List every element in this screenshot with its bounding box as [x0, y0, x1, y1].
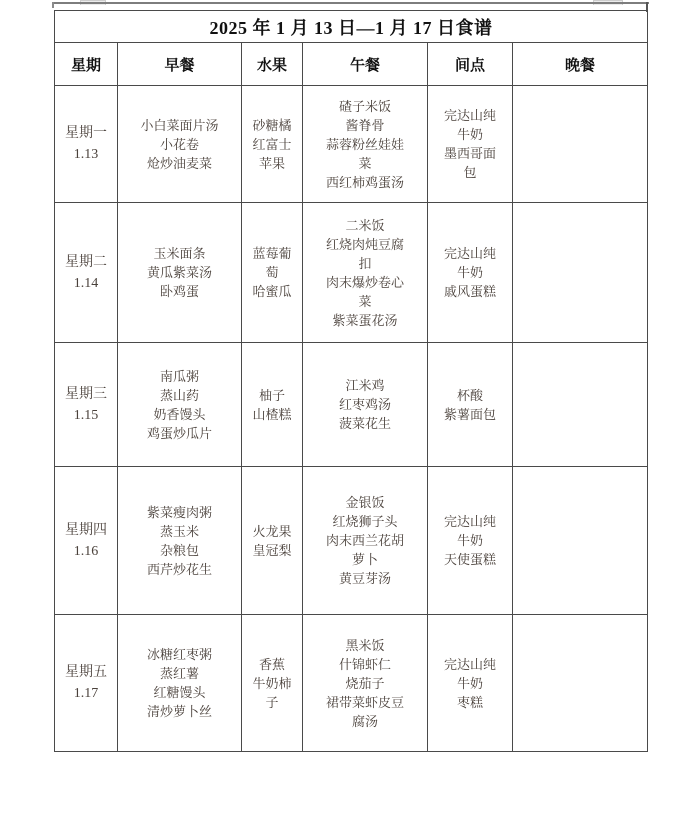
date-label: 1.13 — [55, 144, 117, 165]
breakfast-cell: 玉米面条 黄瓜紫菜汤 卧鸡蛋 — [118, 203, 242, 343]
fruit-cell: 火龙果 皇冠梨 — [242, 467, 303, 615]
col-header-breakfast: 早餐 — [118, 43, 242, 86]
dish-list: 蓝莓葡萄 哈蜜瓜 — [250, 244, 294, 301]
date-label: 1.16 — [55, 541, 117, 562]
snack-cell: 完达山纯牛奶 墨西哥面包 — [428, 86, 513, 203]
snack-cell: 杯酸 紫薯面包 — [428, 343, 513, 467]
weekday-label: 星期五 — [55, 662, 117, 683]
table-row: 星期一 1.13 小白菜面片汤 小花卷 炝炒油麦菜 砂糖橘 红富士 苹果 碴子米… — [55, 86, 648, 203]
lunch-cell: 二米饭 红烧肉炖豆腐扣 肉末爆炒卷心菜 紫菜蛋花汤 — [303, 203, 428, 343]
dinner-cell — [513, 343, 648, 467]
dish-list: 玉米面条 黄瓜紫菜汤 卧鸡蛋 — [147, 244, 212, 301]
weekday-label: 星期二 — [55, 252, 117, 273]
dish-list: 二米饭 红烧肉炖豆腐扣 肉末爆炒卷心菜 紫菜蛋花汤 — [323, 216, 407, 330]
dish-list: 金银饭 红烧狮子头 肉末西兰花胡萝卜 黄豆芽汤 — [323, 493, 407, 588]
breakfast-cell: 南瓜粥 蒸山药 奶香馒头 鸡蛋炒瓜片 — [118, 343, 242, 467]
dish-list: 碴子米饭 酱脊骨 蒜蓉粉丝娃娃菜 西红柿鸡蛋汤 — [323, 97, 407, 192]
dish-list: 南瓜粥 蒸山药 奶香馒头 鸡蛋炒瓜片 — [147, 367, 212, 443]
breakfast-cell: 冰糖红枣粥 蒸红薯 红糖馒头 清炒萝卜丝 — [118, 615, 242, 752]
dish-list: 黑米饭 什锦虾仁 烧茄子 裙带菜虾皮豆腐汤 — [323, 636, 407, 731]
col-header-lunch: 午餐 — [303, 43, 428, 86]
table-row: 星期二 1.14 玉米面条 黄瓜紫菜汤 卧鸡蛋 蓝莓葡萄 哈蜜瓜 二米饭 红烧肉… — [55, 203, 648, 343]
breakfast-cell: 紫菜瘦肉粥 蒸玉米 杂粮包 西芹炒花生 — [118, 467, 242, 615]
fruit-cell: 香蕉 牛奶柿子 — [242, 615, 303, 752]
col-header-fruit: 水果 — [242, 43, 303, 86]
table-row: 星期三 1.15 南瓜粥 蒸山药 奶香馒头 鸡蛋炒瓜片 柚子 山楂糕 江米鸡 红… — [55, 343, 648, 467]
dish-list: 火龙果 皇冠梨 — [252, 522, 291, 560]
table-title: 2025 年 1 月 13 日—1 月 17 日食谱 — [55, 11, 648, 43]
dish-list: 完达山纯牛奶 戚风蛋糕 — [442, 244, 498, 301]
dish-list: 完达山纯牛奶 枣糕 — [442, 655, 498, 712]
col-header-snack: 间点 — [428, 43, 513, 86]
date-label: 1.14 — [55, 273, 117, 294]
frame-left-corner — [52, 2, 54, 8]
dish-list: 香蕉 牛奶柿子 — [250, 655, 294, 712]
dish-list: 冰糖红枣粥 蒸红薯 红糖馒头 清炒萝卜丝 — [147, 645, 212, 721]
weekday-cell: 星期二 1.14 — [55, 203, 118, 343]
col-header-weekday: 星期 — [55, 43, 118, 86]
frame-top-edge-line — [52, 2, 649, 4]
dish-list: 紫菜瘦肉粥 蒸玉米 杂粮包 西芹炒花生 — [147, 503, 212, 579]
col-header-dinner: 晚餐 — [513, 43, 648, 86]
dinner-cell — [513, 615, 648, 752]
dish-list: 江米鸡 红枣鸡汤 菠菜花生 — [339, 376, 391, 433]
dish-list: 小白菜面片汤 小花卷 炝炒油麦菜 — [140, 116, 218, 173]
lunch-cell: 金银饭 红烧狮子头 肉末西兰花胡萝卜 黄豆芽汤 — [303, 467, 428, 615]
dinner-cell — [513, 86, 648, 203]
dish-list: 完达山纯牛奶 天使蛋糕 — [442, 512, 498, 569]
breakfast-cell: 小白菜面片汤 小花卷 炝炒油麦菜 — [118, 86, 242, 203]
weekday-cell: 星期四 1.16 — [55, 467, 118, 615]
dish-list: 杯酸 紫薯面包 — [444, 386, 496, 424]
page: 2025 年 1 月 13 日—1 月 17 日食谱 星期 早餐 水果 午餐 间… — [0, 0, 700, 826]
date-label: 1.17 — [55, 683, 117, 704]
fruit-cell: 柚子 山楂糕 — [242, 343, 303, 467]
fruit-cell: 蓝莓葡萄 哈蜜瓜 — [242, 203, 303, 343]
weekday-cell: 星期一 1.13 — [55, 86, 118, 203]
lunch-cell: 碴子米饭 酱脊骨 蒜蓉粉丝娃娃菜 西红柿鸡蛋汤 — [303, 86, 428, 203]
lunch-cell: 黑米饭 什锦虾仁 烧茄子 裙带菜虾皮豆腐汤 — [303, 615, 428, 752]
table-row: 星期五 1.17 冰糖红枣粥 蒸红薯 红糖馒头 清炒萝卜丝 香蕉 牛奶柿子 黑米… — [55, 615, 648, 752]
weekday-cell: 星期三 1.15 — [55, 343, 118, 467]
fruit-cell: 砂糖橘 红富士 苹果 — [242, 86, 303, 203]
table-row: 星期四 1.16 紫菜瘦肉粥 蒸玉米 杂粮包 西芹炒花生 火龙果 皇冠梨 金银饭… — [55, 467, 648, 615]
snack-cell: 完达山纯牛奶 戚风蛋糕 — [428, 203, 513, 343]
dinner-cell — [513, 467, 648, 615]
menu-table: 2025 年 1 月 13 日—1 月 17 日食谱 星期 早餐 水果 午餐 间… — [54, 10, 648, 752]
dish-list: 砂糖橘 红富士 苹果 — [252, 116, 291, 173]
dish-list: 完达山纯牛奶 墨西哥面包 — [442, 106, 498, 182]
weekday-label: 星期三 — [55, 384, 117, 405]
lunch-cell: 江米鸡 红枣鸡汤 菠菜花生 — [303, 343, 428, 467]
weekday-label: 星期一 — [55, 123, 117, 144]
weekday-label: 星期四 — [55, 520, 117, 541]
dish-list: 柚子 山楂糕 — [252, 386, 291, 424]
dinner-cell — [513, 203, 648, 343]
weekday-cell: 星期五 1.17 — [55, 615, 118, 752]
snack-cell: 完达山纯牛奶 天使蛋糕 — [428, 467, 513, 615]
date-label: 1.15 — [55, 405, 117, 426]
snack-cell: 完达山纯牛奶 枣糕 — [428, 615, 513, 752]
